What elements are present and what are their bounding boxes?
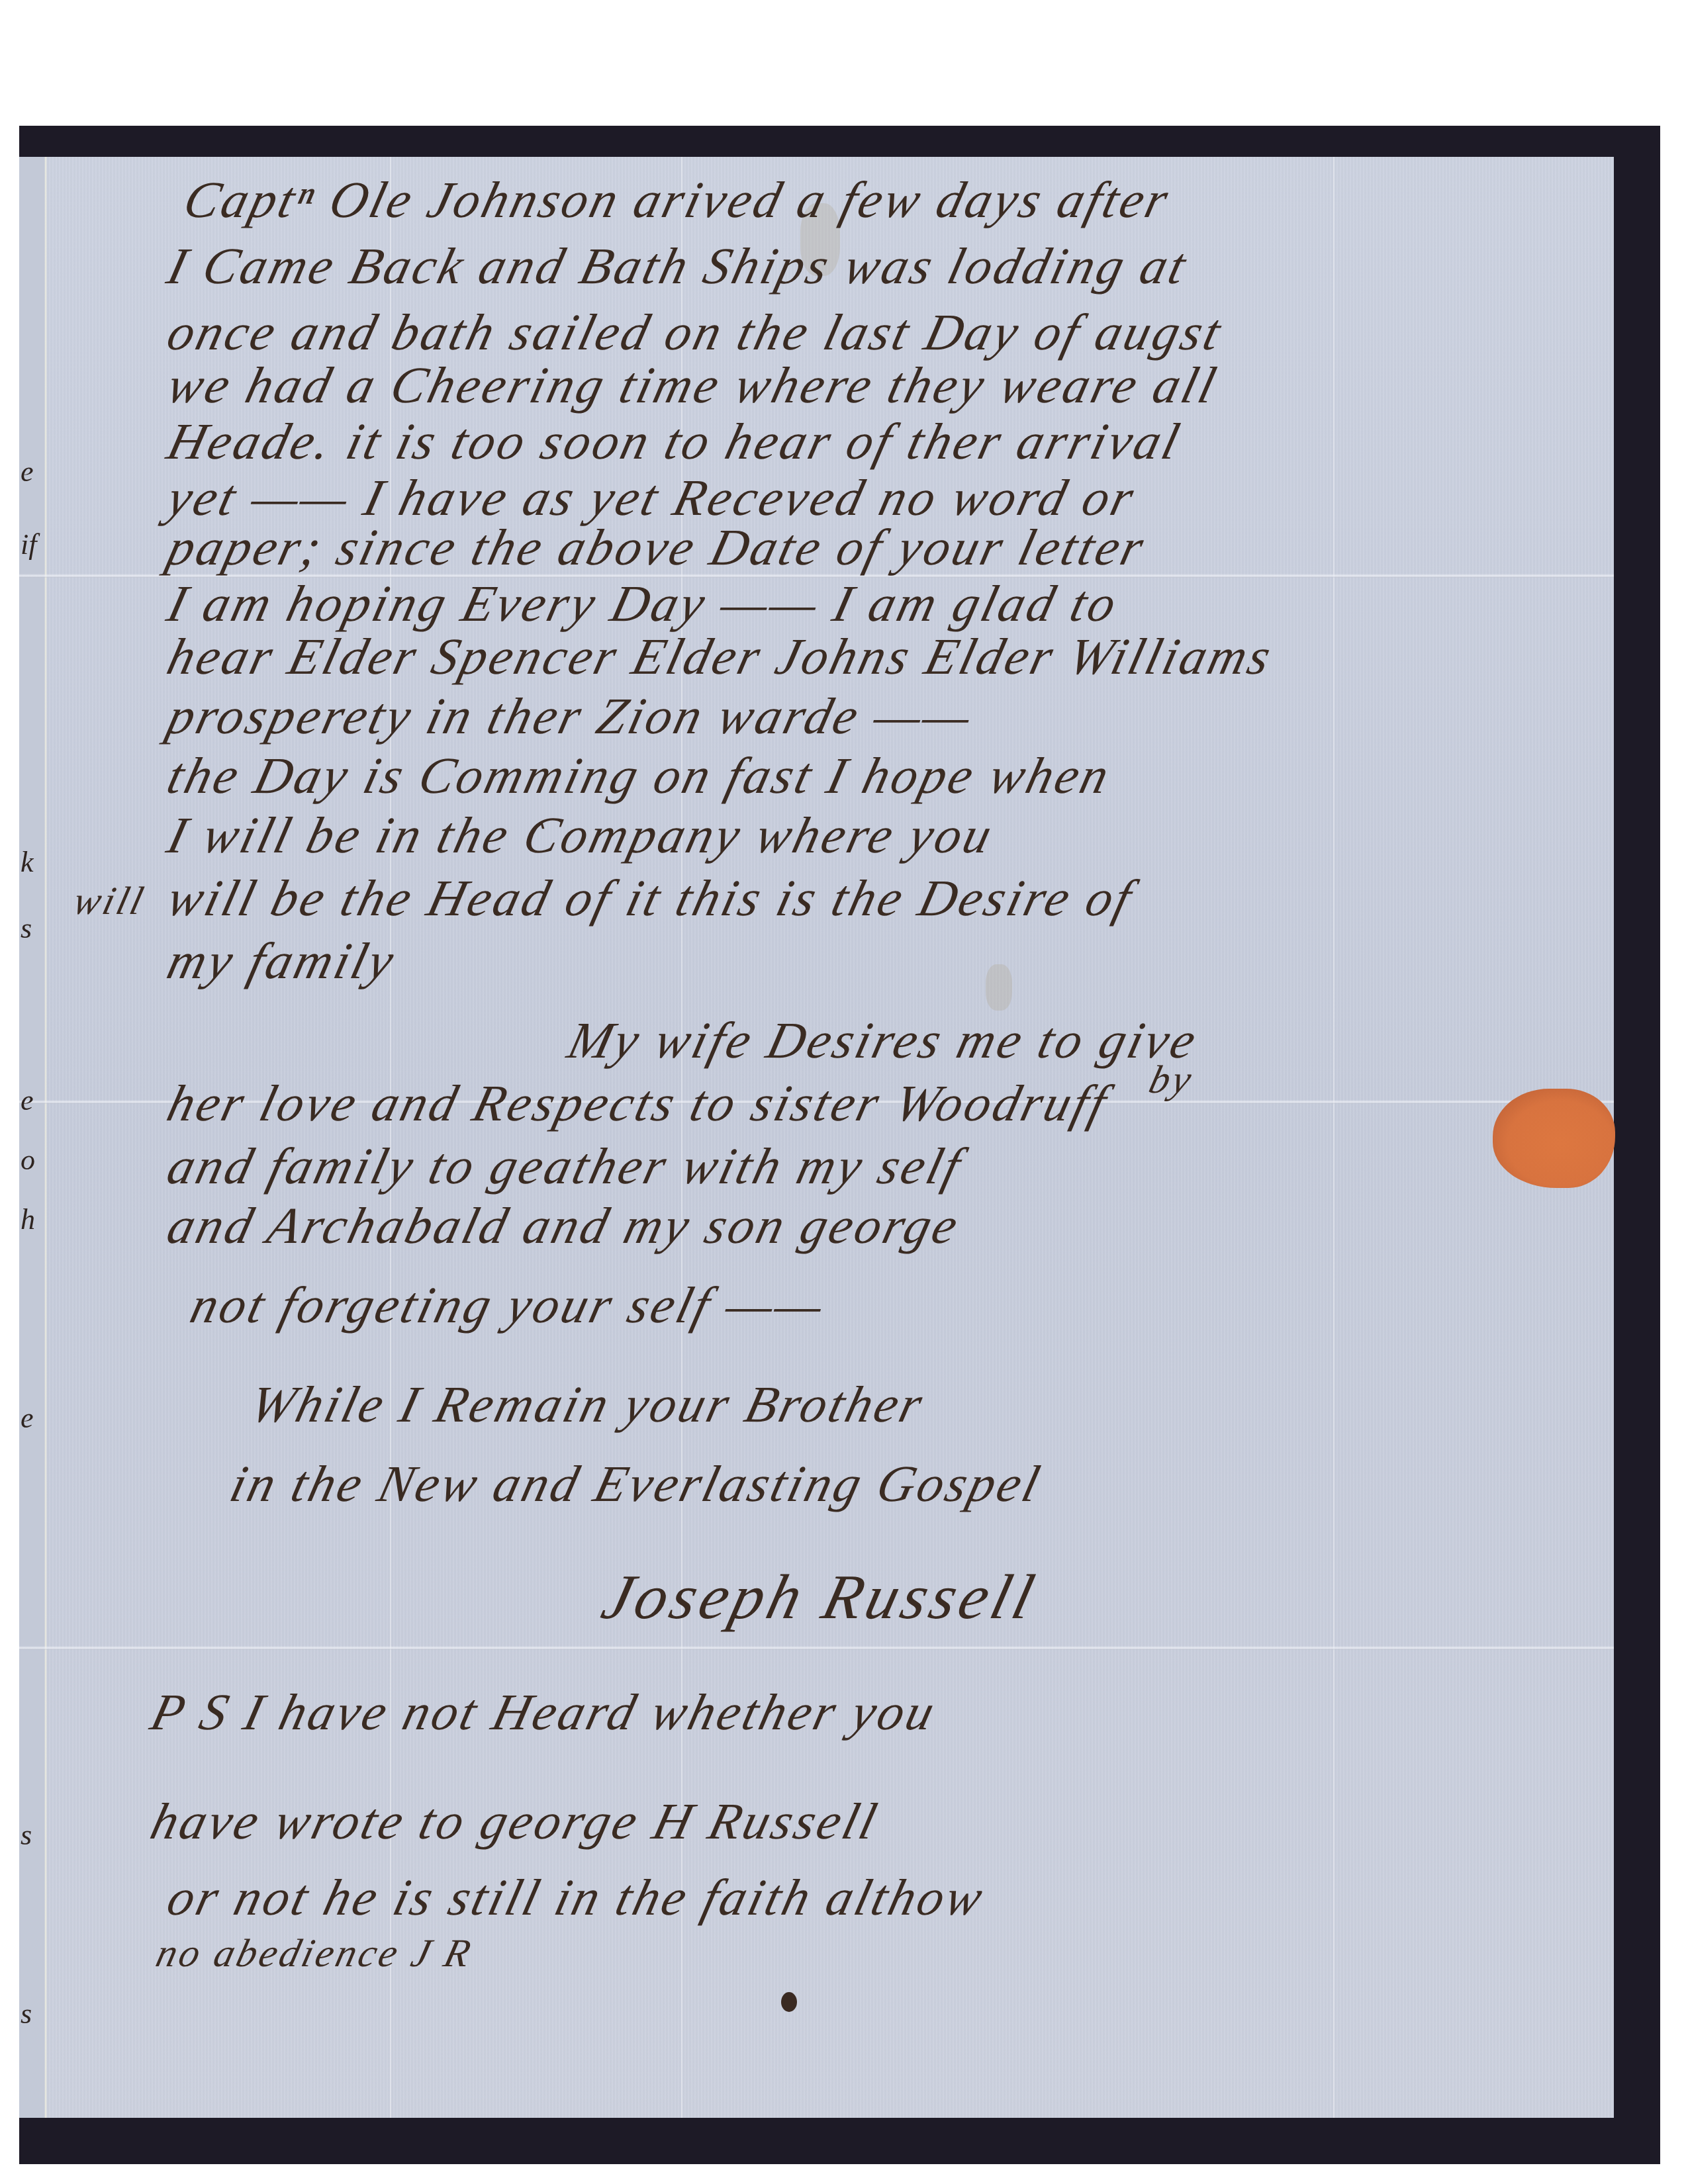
postscript-line: no abedience J R [152,1931,478,1976]
letter-line: and family to geather with my self [162,1136,969,1196]
edge-fragment: k [21,845,34,879]
edge-fragment: o [21,1143,35,1177]
postscript-line: have wrote to george H Russell [145,1792,885,1851]
vertical-crease [1333,157,1335,2118]
edge-fragment: e [21,1401,34,1435]
letter-line: I Came Back and Bath Ships was lodding a… [162,236,1194,296]
letter-line: her love and Respects to sister Woodruff [162,1073,1115,1133]
letter-line: hear Elder Spencer Elder Johns Elder Wil… [162,627,1280,686]
edge-fragment: if [21,527,36,561]
left-fold-line [44,157,47,2118]
closing-line: While I Remain your Brother [244,1375,931,1434]
letter-line: I am hoping Every Day —— I am glad to [162,574,1125,633]
letter-line: I will be in the Company where you [162,805,1000,865]
margin-note: will [69,878,150,924]
letter-line: we had a Cheering time where they weare … [162,355,1224,415]
postscript-line: or not he is still in the faith althow [162,1868,992,1927]
letter-line: not forgeting your self —— [185,1275,831,1335]
letter-page: e if k s e o h e s s Captⁿ Ole Johnson a… [19,157,1614,2118]
signature: Joseph Russell [595,1560,1045,1633]
edge-fragment: h [21,1203,35,1236]
edge-fragment: e [21,455,34,488]
letter-line: and Archabald and my son george [162,1196,966,1255]
letter-line: prosperety in ther Zion warde —— [162,686,980,746]
edge-fragment: s [21,1818,32,1852]
horizontal-fold [19,1646,1614,1650]
letter-line: Heade. it is too soon to hear of ther ar… [162,412,1188,471]
letter-line: My wife Desires me to give [562,1011,1204,1070]
paper-stain [986,964,1012,1011]
edge-fragment: e [21,1083,34,1117]
edge-fragment: s [21,911,32,945]
letter-line: once and bath sailed on the last Day of … [162,302,1229,362]
wax-seal-remnant [1493,1089,1615,1188]
letter-line: my family [162,931,402,991]
edge-fragment: s [21,1997,32,2030]
postscript-line: P S I have not Heard whether you [145,1682,943,1742]
letter-line: will be the Head of it this is the Desir… [162,868,1140,928]
letter-line: paper; since the above Date of your lett… [162,518,1152,577]
letter-line: the Day is Comming on fast I hope when [162,746,1117,805]
letter-line: Captⁿ Ole Johnson arived a few days afte… [178,170,1177,230]
closing-line: in the New and Everlasting Gospel [224,1454,1048,1514]
ink-blot [781,1992,797,2012]
